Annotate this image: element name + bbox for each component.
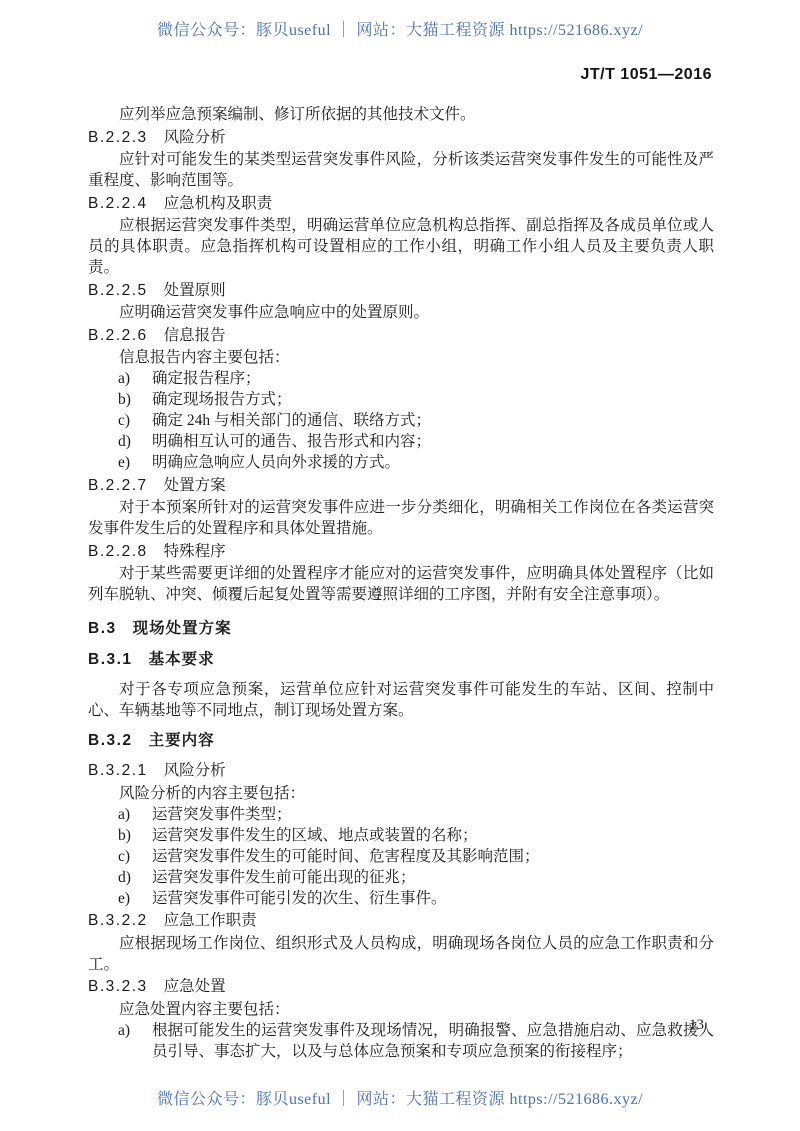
document-page: 微信公众号：豚贝useful ｜ 网站：大猫工程资源 https://52168…: [0, 0, 800, 1131]
paragraph: 应根据运营突发事件类型，明确运营单位应急机构总指挥、副总指挥及各成员单位或人员的…: [88, 215, 714, 278]
list-text: 确定 24h 与相关部门的通信、联络方式；: [152, 412, 431, 429]
paragraph: 对于各专项应急预案，运营单位应针对运营突发事件可能发生的车站、区间、控制中心、车…: [88, 679, 714, 721]
list-item: e)明确应急响应人员向外求援的方式。: [88, 452, 714, 473]
clause-number: B.3.1: [88, 651, 133, 668]
list-item: a)运营突发事件类型；: [88, 804, 714, 825]
clause-heading: B.2.2.4应急机构及职责: [88, 193, 714, 214]
standard-number: JT/T 1051—2016: [580, 66, 712, 84]
paragraph: 应针对可能发生的某类型运营突发事件风险，分析该类运营突发事件发生的可能性及严重程…: [88, 149, 714, 191]
paragraph: 对于某些需要更详细的处置程序才能应对的运营突发事件，应明确具体处置程序（比如列车…: [88, 563, 714, 605]
clause-number: B.3.2.1: [88, 762, 148, 779]
list-text: 根据可能发生的运营突发事件及现场情况，明确报警、应急措施启动、应急救援人员引导、…: [152, 1022, 714, 1060]
clause-heading: B.2.2.5处置原则: [88, 280, 714, 301]
list-marker: d): [118, 431, 131, 452]
document-body: 应列举应急预案编制、修订所依据的其他技术文件。B.2.2.3风险分析应针对可能发…: [88, 104, 714, 1062]
watermark-top: 微信公众号：豚贝useful ｜ 网站：大猫工程资源 https://52168…: [0, 17, 800, 40]
clause-heading: B.3现场处置方案: [88, 618, 714, 639]
list-marker: e): [118, 452, 130, 473]
clause-number: B.3: [88, 620, 117, 637]
list-text: 明确应急响应人员向外求援的方式。: [152, 454, 400, 471]
list-text: 明确相互认可的通告、报告形式和内容；: [152, 433, 431, 450]
clause-title: 处置原则: [164, 282, 226, 299]
clause-title: 应急机构及职责: [164, 195, 273, 212]
paragraph: 应根据现场工作岗位、组织形式及人员构成，明确现场各岗位人员的应急工作职责和分工。: [88, 933, 714, 975]
list-item: b)确定现场报告方式；: [88, 389, 714, 410]
list-marker: a): [118, 804, 130, 825]
clause-title: 处置方案: [164, 477, 226, 494]
paragraph: 风险分析的内容主要包括：: [88, 783, 714, 804]
clause-heading: B.3.2.3应急处置: [88, 976, 714, 997]
list-text: 运营突发事件可能引发的次生、衍生事件。: [152, 890, 447, 907]
list-item: e)运营突发事件可能引发的次生、衍生事件。: [88, 888, 714, 909]
list-text: 确定现场报告方式；: [152, 391, 292, 408]
list-text: 运营突发事件发生的可能时间、危害程度及其影响范围；: [152, 848, 540, 865]
clause-number: B.3.2.3: [88, 978, 148, 995]
clause-heading: B.2.2.8特殊程序: [88, 541, 714, 562]
list-marker: c): [118, 846, 130, 867]
clause-heading: B.2.2.6信息报告: [88, 325, 714, 346]
list-item: b)运营突发事件发生的区域、地点或装置的名称；: [88, 825, 714, 846]
clause-title: 现场处置方案: [133, 620, 232, 637]
list-marker: b): [118, 389, 131, 410]
clause-title: 主要内容: [149, 732, 215, 749]
list-marker: a): [118, 368, 130, 389]
clause-number: B.2.2.8: [88, 543, 148, 560]
list-marker: e): [118, 888, 130, 909]
clause-number: B.2.2.4: [88, 195, 148, 212]
clause-number: B.2.2.6: [88, 327, 148, 344]
list-text: 确定报告程序；: [152, 370, 261, 387]
list-text: 运营突发事件发生的区域、地点或装置的名称；: [152, 827, 478, 844]
list-marker: d): [118, 867, 131, 888]
clause-number: B.3.2.2: [88, 912, 148, 929]
list-marker: c): [118, 410, 130, 431]
clause-title: 风险分析: [164, 129, 226, 146]
clause-heading: B.3.2.1风险分析: [88, 760, 714, 781]
clause-number: B.2.2.7: [88, 477, 148, 494]
list-item: a)确定报告程序；: [88, 368, 714, 389]
clause-title: 特殊程序: [164, 543, 226, 560]
list-marker: b): [118, 825, 131, 846]
list-item: c)运营突发事件发生的可能时间、危害程度及其影响范围；: [88, 846, 714, 867]
clause-number: B.2.2.5: [88, 282, 148, 299]
watermark-bottom: 微信公众号：豚贝useful ｜ 网站：大猫工程资源 https://52168…: [0, 1086, 800, 1109]
clause-title: 信息报告: [164, 327, 226, 344]
list-item: c)确定 24h 与相关部门的通信、联络方式；: [88, 410, 714, 431]
list-text: 运营突发事件类型；: [152, 806, 292, 823]
clause-number: B.2.2.3: [88, 129, 148, 146]
paragraph: 对于本预案所针对的运营突发事件应进一步分类细化，明确相关工作岗位在各类运营突发事…: [88, 497, 714, 539]
clause-title: 应急处置: [164, 978, 226, 995]
clause-title: 基本要求: [149, 651, 215, 668]
clause-heading: B.2.2.3风险分析: [88, 127, 714, 148]
clause-heading: B.2.2.7处置方案: [88, 475, 714, 496]
list-marker: a): [118, 1020, 130, 1041]
paragraph: 应明确运营突发事件应急响应中的处置原则。: [88, 302, 714, 323]
clause-title: 应急工作职责: [164, 912, 257, 929]
clause-heading: B.3.2.2应急工作职责: [88, 910, 714, 931]
paragraph: 应急处置内容主要包括：: [88, 999, 714, 1020]
clause-heading: B.3.1基本要求: [88, 649, 714, 670]
clause-title: 风险分析: [164, 762, 226, 779]
list-item: a)根据可能发生的运营突发事件及现场情况，明确报警、应急措施启动、应急救援人员引…: [88, 1020, 714, 1062]
list-item: d)运营突发事件发生前可能出现的征兆；: [88, 867, 714, 888]
clause-heading: B.3.2主要内容: [88, 730, 714, 751]
clause-number: B.3.2: [88, 732, 133, 749]
paragraph: 应列举应急预案编制、修订所依据的其他技术文件。: [88, 104, 714, 125]
paragraph: 信息报告内容主要包括：: [88, 347, 714, 368]
list-item: d)明确相互认可的通告、报告形式和内容；: [88, 431, 714, 452]
page-number: 13: [689, 1017, 704, 1034]
list-text: 运营突发事件发生前可能出现的征兆；: [152, 869, 416, 886]
